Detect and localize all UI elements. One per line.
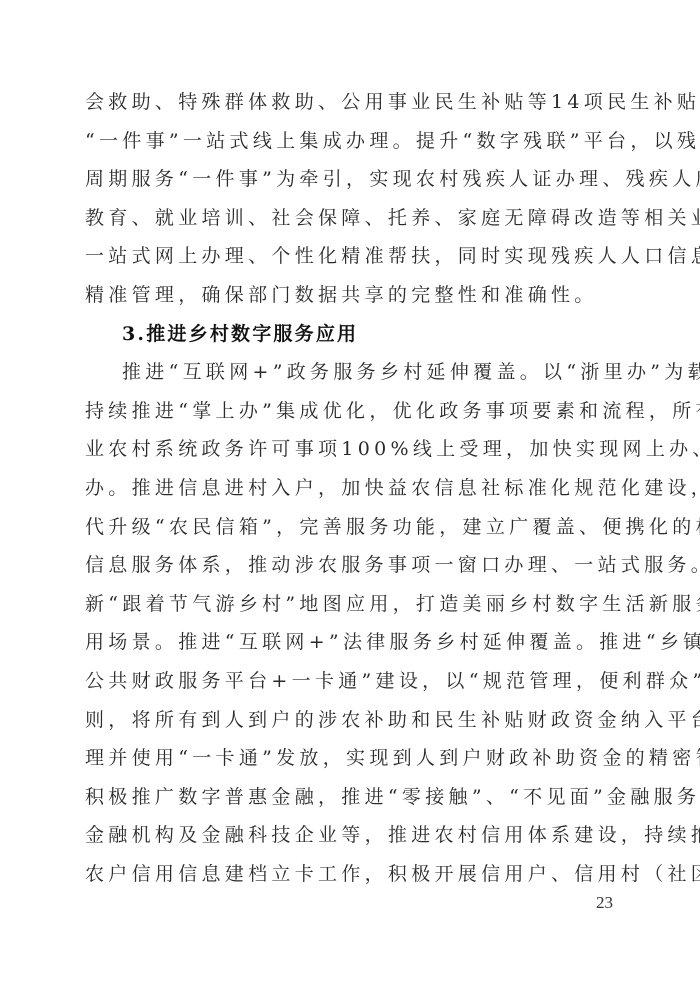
paragraph-line: 教育、就业培训、社会保障、托养、家庭无障碍改造等相关业务: [85, 199, 625, 238]
body-text: 会救助、特殊群体救助、公用事业民生补贴等14项民生补贴事项 “一件事”一站式线上…: [85, 83, 625, 893]
paragraph-line: 公共财政服务平台+一卡通”建设，以“规范管理，便利群众”为原: [85, 662, 625, 701]
paragraph-line: “一件事”一站式线上集成办理。提升“数字残联”平台，以残疾人全: [85, 122, 625, 161]
paragraph-line: 精准管理，确保部门数据共享的完整性和准确性。: [85, 276, 625, 315]
paragraph-line: 代升级“农民信箱”，完善服务功能，建立广覆盖、便携化的村级: [85, 508, 625, 547]
paragraph-line: 则，将所有到人到户的涉农补助和民生补贴财政资金纳入平台管: [85, 701, 625, 740]
paragraph-line: 推进“互联网+”政务服务乡村延伸覆盖。以“浙里办”为载体，: [85, 353, 625, 392]
paragraph-line: 用场景。推进“互联网+”法律服务乡村延伸覆盖。推进“乡镇街道: [85, 623, 625, 662]
paragraph-line: 积极推广数字普惠金融，推进“零接触”、“不见面”金融服务。协同: [85, 778, 625, 817]
paragraph-line: 信息服务体系，推动涉农服务事项一窗口办理、一站式服务。创: [85, 546, 625, 585]
document-page: 会救助、特殊群体救助、公用事业民生补贴等14项民生补贴事项 “一件事”一站式线上…: [0, 0, 700, 990]
paragraph-line: 办。推进信息进村入户，加快益农信息社标准化规范化建设，迭: [85, 469, 625, 508]
section-heading: 3.推进乡村数字服务应用: [85, 315, 625, 354]
paragraph-line: 金融机构及金融科技企业等，推进农村信用体系建设，持续推进: [85, 816, 625, 855]
page-number: 23: [596, 893, 613, 913]
paragraph-line: 理并使用“一卡通”发放，实现到人到户财政补助资金的精密智控。: [85, 739, 625, 778]
paragraph-line: 会救助、特殊群体救助、公用事业民生补贴等14项民生补贴事项: [85, 83, 625, 122]
paragraph-line: 农户信用信息建档立卡工作，积极开展信用户、信用村（社区）、: [85, 855, 625, 894]
paragraph-line: 持续推进“掌上办”集成优化，优化政务事项要素和流程，所有农: [85, 392, 625, 431]
paragraph-line: 周期服务“一件事”为牵引，实现农村残疾人证办理、残疾人康复、: [85, 160, 625, 199]
paragraph-line: 新“跟着节气游乡村”地图应用，打造美丽乡村数字生活新服务应: [85, 585, 625, 624]
paragraph-line: 一站式网上办理、个性化精准帮扶，同时实现残疾人人口信息的: [85, 237, 625, 276]
paragraph-line: 业农村系统政务许可事项100%线上受理，加快实现网上办、掌上: [85, 430, 625, 469]
